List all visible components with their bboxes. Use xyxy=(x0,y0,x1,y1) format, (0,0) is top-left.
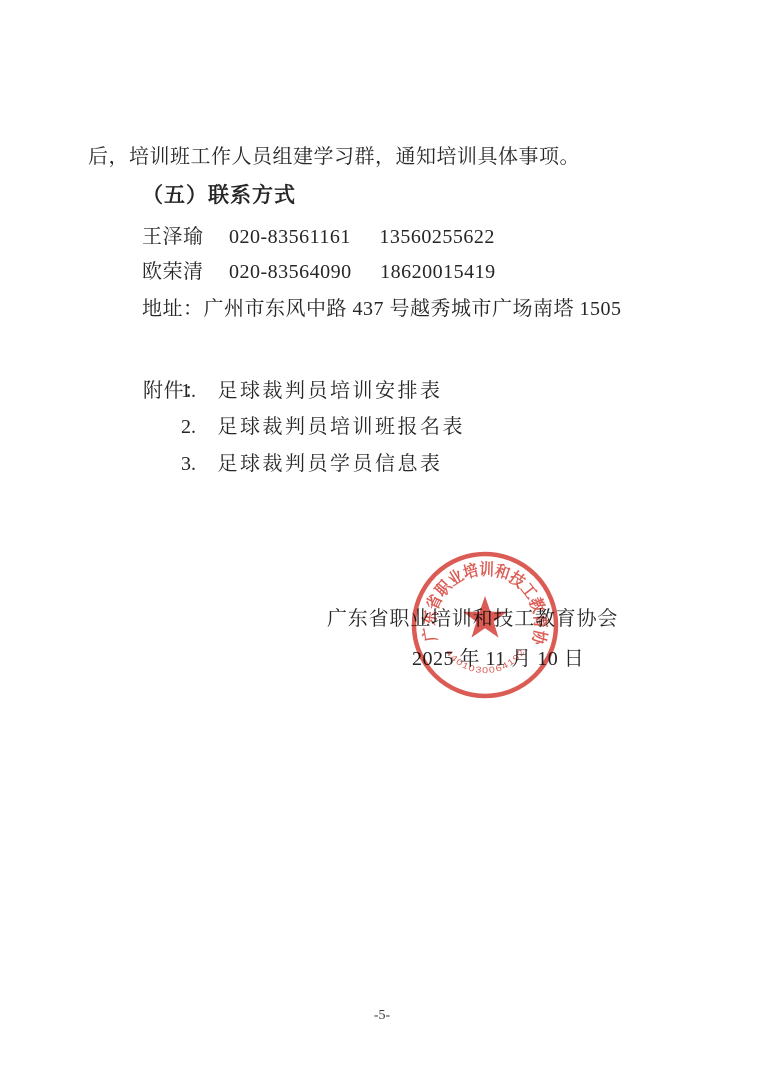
contact-row: 王泽瑜 020-83561161 13560255622 xyxy=(142,227,495,249)
document-page: 后，培训班工作人员组建学习群，通知培训具体事项。 （五）联系方式 王泽瑜 020… xyxy=(0,0,764,1080)
contact-name: 欧荣清 xyxy=(142,262,204,284)
seal-star xyxy=(463,596,507,638)
attachment-item: 1. 足球裁判员培训安排表 xyxy=(181,381,443,403)
address-line: 地址：广州市东风中路 437 号越秀城市广场南塔 1505 xyxy=(142,299,622,321)
contact-mobile: 18620015419 xyxy=(380,261,496,283)
contact-mobile: 13560255622 xyxy=(379,226,495,248)
attachment-item: 2. 足球裁判员培训班报名表 xyxy=(181,417,465,439)
attachment-number: 3. xyxy=(181,454,196,476)
attachment-title: 足球裁判员培训班报名表 xyxy=(218,416,466,438)
attachment-number: 1. xyxy=(181,381,196,403)
official-seal: 广东省职业培训和技工教育协会 4401030064192 xyxy=(403,543,567,707)
contact-name: 王泽瑜 xyxy=(142,227,204,249)
attachment-title: 足球裁判员培训安排表 xyxy=(218,380,443,402)
section-heading: （五）联系方式 xyxy=(142,184,296,207)
attachment-title: 足球裁判员学员信息表 xyxy=(218,453,443,475)
contact-phone: 020-83564090 xyxy=(229,262,352,284)
contact-phone: 020-83561161 xyxy=(229,227,351,249)
paragraph-continuation: 后，培训班工作人员组建学习群，通知培训具体事项。 xyxy=(88,147,580,169)
page-number: -5- xyxy=(0,1008,764,1024)
contact-row: 欧荣清 020-83564090 18620015419 xyxy=(142,262,496,284)
seal-code: 4401030064192 xyxy=(444,646,527,675)
attachment-item: 3. 足球裁判员学员信息表 xyxy=(181,454,443,476)
attachment-number: 2. xyxy=(181,417,196,439)
